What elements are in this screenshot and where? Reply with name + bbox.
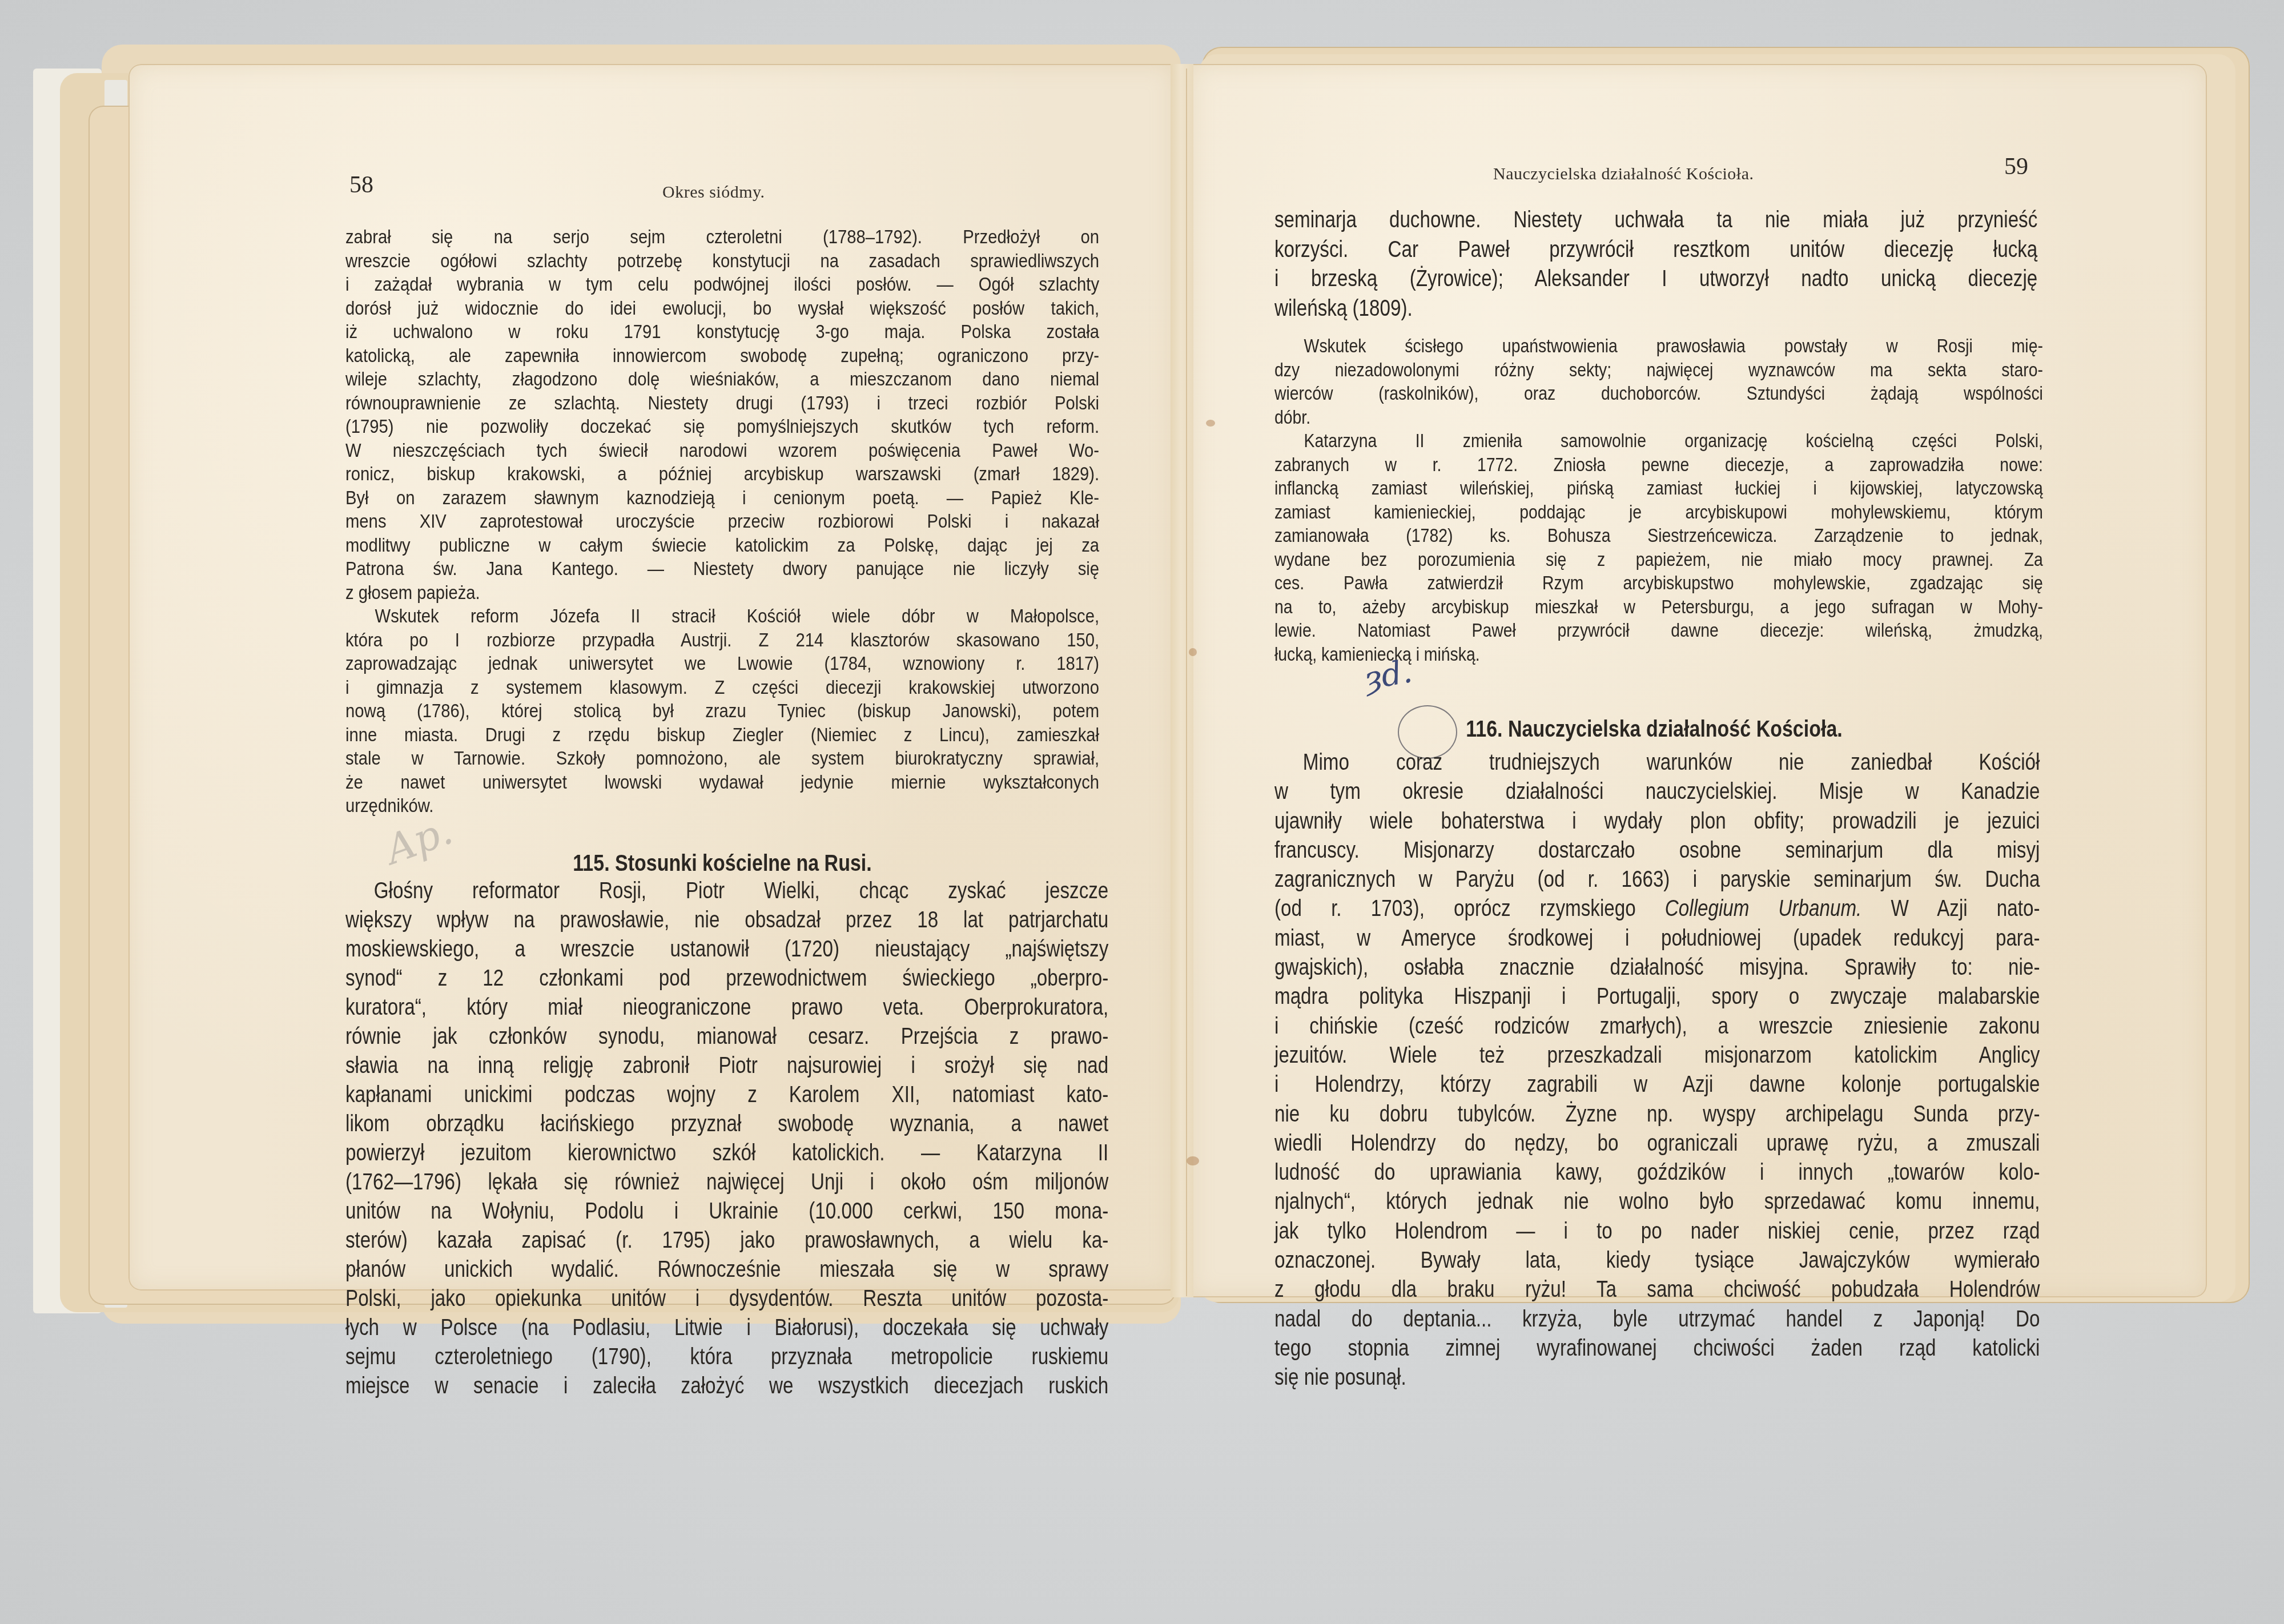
text-line: ronicz, biskup krakowski, a później arcy… [345, 463, 1099, 487]
text-line: (1795) nie pozwoliły doczekać się pomyśl… [345, 415, 1099, 439]
text-line: miast, w Ameryce środkowej i południowej… [1274, 924, 2040, 953]
text-line: Katarzyna II zmieniła samowolnie organiz… [1274, 429, 2043, 453]
book-gutter [1171, 64, 1193, 1297]
text-fragment: W Azji nato- [1861, 896, 2040, 921]
text-line: wileńską (1809). [1274, 294, 2037, 324]
text-line: z głosem papieża. [345, 581, 1099, 605]
text-line: Polski, jako opiekunka unitów i dysydent… [345, 1284, 1108, 1313]
text-line: lewie. Natomiast Paweł przywrócił dawne … [1274, 618, 2043, 642]
section-number: 116. [1466, 717, 1502, 742]
section-heading-116: 116. Nauczycielska działalność Kościoła. [1332, 717, 1977, 742]
text-line: ujawniły wiele bohaterstwa i wydały plon… [1274, 807, 2040, 836]
text-line: jezuitów. Wiele też przeszkadzali misjon… [1274, 1041, 2040, 1070]
text-line: nadal do deptania... krzyża, byle utrzym… [1274, 1305, 2040, 1334]
text-line: seminarja duchowne. Niestety uchwała ta … [1274, 206, 2037, 235]
text-line: francuscy. Misjonarzy dostarczało osobne… [1274, 836, 2040, 865]
text-line: płanów unickich wydalić. Równocześnie mi… [345, 1255, 1108, 1284]
text-line: nową (1786), której stolicą był zrazu Ty… [345, 700, 1099, 723]
text-line: katolicką, ale zapewniła innowiercom swo… [345, 344, 1099, 368]
text-line: dóbr. [1274, 405, 2043, 429]
text-line: unitów na Wołyniu, Podolu i Ukrainie (10… [345, 1197, 1108, 1226]
foxing-spot [1189, 648, 1197, 656]
text-line: (od r. 1703), oprócz rzymskiego Collegiu… [1274, 894, 2040, 923]
foxing-spot [1187, 1156, 1199, 1165]
text-line: mądra polityka Hiszpanji i Portugalji, s… [1274, 982, 2040, 1011]
text-line: iż uchwalono w roku 1791 konstytucję 3-g… [345, 320, 1099, 344]
text-line: wydane bez porozumienia się z papieżem, … [1274, 548, 2043, 572]
text-line: równouprawnienie ze szlachtą. Niestety d… [345, 392, 1099, 416]
text-line: W nieszczęściach tych świecił narodowi w… [345, 439, 1099, 463]
text-line: Głośny reformator Rosji, Piotr Wielki, c… [345, 877, 1108, 906]
text-line: większy wpływ na prawosławie, nie obsadz… [345, 906, 1108, 935]
text-line: zabranych w r. 1772. Zniosła pewne diece… [1274, 453, 2043, 477]
page-number-right: 59 [2004, 153, 2028, 180]
text-line: zamiast kamienieckiej, poddając je arcyb… [1274, 500, 2043, 524]
text-line: Wskutek ścisłego upaństwowienia prawosła… [1274, 334, 2043, 358]
text-line: kapłanami unickimi podczas wojny z Karol… [345, 1080, 1108, 1110]
text-line: urzędników. [345, 794, 1099, 818]
text-line: i Holendrzy, którzy zagrabili w Azji daw… [1274, 1070, 2040, 1099]
text-line: dorósł już widocznie do idei ewolucji, b… [345, 297, 1099, 321]
left-body-main: Głośny reformator Rosji, Piotr Wielki, c… [345, 877, 1108, 1401]
text-line: zagranicznych w Paryżu (od r. 1663) i pa… [1274, 865, 2040, 894]
text-line: synod“ z 12 członkami pod przewodnictwem… [345, 964, 1108, 993]
text-line: modlitwy publiczne w całym świecie katol… [345, 534, 1099, 558]
running-head-left: Okres siódmy. [662, 183, 765, 202]
left-body-small: zabrał się na serjo sejm czteroletni (17… [345, 226, 1099, 818]
text-line: wiedli Holendrzy do nędzy, bo ograniczal… [1274, 1129, 2040, 1158]
text-line: która po I rozbiorze przypadła Austrji. … [345, 629, 1099, 653]
text-line: sejmu czteroletniego (1790), która przyz… [345, 1342, 1108, 1372]
text-line: gwajskich), osłabła znacznie działalność… [1274, 953, 2040, 982]
text-line: i brzeską (Żyrowice); Aleksander I utwor… [1274, 264, 2037, 294]
text-line: zamianowała (1782) ks. Bohusza Siestrzeń… [1274, 524, 2043, 548]
text-line: jak tylko Holendrom — i to po nader nisk… [1274, 1217, 2040, 1246]
text-line: w tym okresie działalności nauczycielski… [1274, 777, 2040, 806]
gutter-fold-line [1186, 69, 1187, 1296]
right-body-top: seminarja duchowne. Niestety uchwała ta … [1274, 206, 2037, 323]
text-line: oznaczonej. Bywały lata, kiedy tysiące J… [1274, 1246, 2040, 1275]
text-line: (1762—1796) lękała się również najwięcej… [345, 1168, 1108, 1197]
text-line: stale w Tarnowie. Szkoły pomnożono, ale … [345, 747, 1099, 771]
text-line: tego stopnia zimnej wyrafinowanej chciwo… [1274, 1334, 2040, 1363]
running-head-right: Nauczycielska działalność Kościoła. [1493, 164, 1754, 184]
right-body-small: Wskutek ścisłego upaństwowienia prawosła… [1274, 334, 2043, 666]
text-line: zaprowadzając jednak uniwersytet we Lwow… [345, 652, 1099, 676]
text-line: Mimo coraz trudniejszych warunków nie za… [1274, 748, 2040, 777]
text-line: wreszcie ogółowi szlachty potrzebę konst… [345, 250, 1099, 274]
text-line: się nie posunął. [1274, 1363, 2040, 1392]
text-line: kuratora“, który miał nieograniczone pra… [345, 993, 1108, 1022]
section-title: Nauczycielska działalność Kościoła. [1508, 717, 1843, 742]
text-line: zabrał się na serjo sejm czteroletni (17… [345, 226, 1099, 250]
text-line: i chińskie (cześć rodziców zmarłych), a … [1274, 1012, 2040, 1041]
right-body-main: Mimo coraz trudniejszych warunków nie za… [1274, 748, 2040, 1393]
text-line: sterów) kazała zapisać (r. 1795) jako pr… [345, 1226, 1108, 1255]
text-line: i gimnazja z systemem klasowym. Z części… [345, 676, 1099, 700]
text-line: na to, ażeby arcybiskup mieszkał w Peter… [1274, 595, 2043, 619]
text-line: z głodu dla braku ryżu! Ta sama chciwość… [1274, 1275, 2040, 1304]
section-heading-115: 115. Stosunki kościelne na Rusi. [402, 851, 1043, 877]
text-line: że nawet uniwersytet lwowski wydawał jed… [345, 771, 1099, 795]
text-line: nie ku dobru tubylców. Żyzne np. wyspy a… [1274, 1100, 2040, 1129]
text-line: Był on zarazem sławnym kaznodzieją i cen… [345, 487, 1099, 510]
text-line: wileje szlachty, złagodzono dolę wieśnia… [345, 368, 1099, 392]
text-line: i zażądał wybrania w tym celu podwójnej … [345, 273, 1099, 297]
text-line: ludność do uprawiania kawy, goździków i … [1274, 1158, 2040, 1187]
text-line: Wskutek reform Józefa II stracił Kościół… [345, 605, 1099, 629]
text-line: njalnych“, których jednak nie wolno było… [1274, 1187, 2040, 1216]
text-line: dzy niezadowolonymi różny sekty; najwięc… [1274, 358, 2043, 382]
foxing-spot [1206, 420, 1215, 427]
text-line: powierzył jezuitom kierownictwo szkół ka… [345, 1139, 1108, 1168]
text-line: moskiewskiego, a wreszcie ustanowił (172… [345, 935, 1108, 964]
text-line: łych w Polsce (na Podlasiu, Litwie i Bia… [345, 1313, 1108, 1342]
text-line: miejsce w senacie i zaleciła założyć we … [345, 1372, 1108, 1401]
text-line: likom obrządku łacińskiego przyznał swob… [345, 1110, 1108, 1139]
text-line: wierców (raskolników), oraz duchoborców.… [1274, 381, 2043, 405]
text-line: inne miasta. Drugi z rzędu biskup Ziegle… [345, 723, 1099, 747]
text-line: ces. Pawła zatwierdził Rzym arcybiskupst… [1274, 571, 2043, 595]
italic-term: Collegium Urbanum. [1665, 896, 1862, 921]
page-number-left: 58 [349, 171, 373, 199]
text-line: inflancką zamiast wileńskiej, pińską zam… [1274, 476, 2043, 500]
text-fragment: (od r. 1703), oprócz rzymskiego [1274, 896, 1636, 921]
text-line: korzyści. Car Paweł przywrócił resztkom … [1274, 235, 2037, 265]
text-line: sławia na inną religję zabronił Piotr na… [345, 1051, 1108, 1080]
text-line: Patrona św. Jana Kantego. — Niestety dwo… [345, 557, 1099, 581]
text-line: mens XIV zaprotestował uroczyście przeci… [345, 510, 1099, 534]
text-line: równie jak członków synodu, mianował ces… [345, 1022, 1108, 1051]
